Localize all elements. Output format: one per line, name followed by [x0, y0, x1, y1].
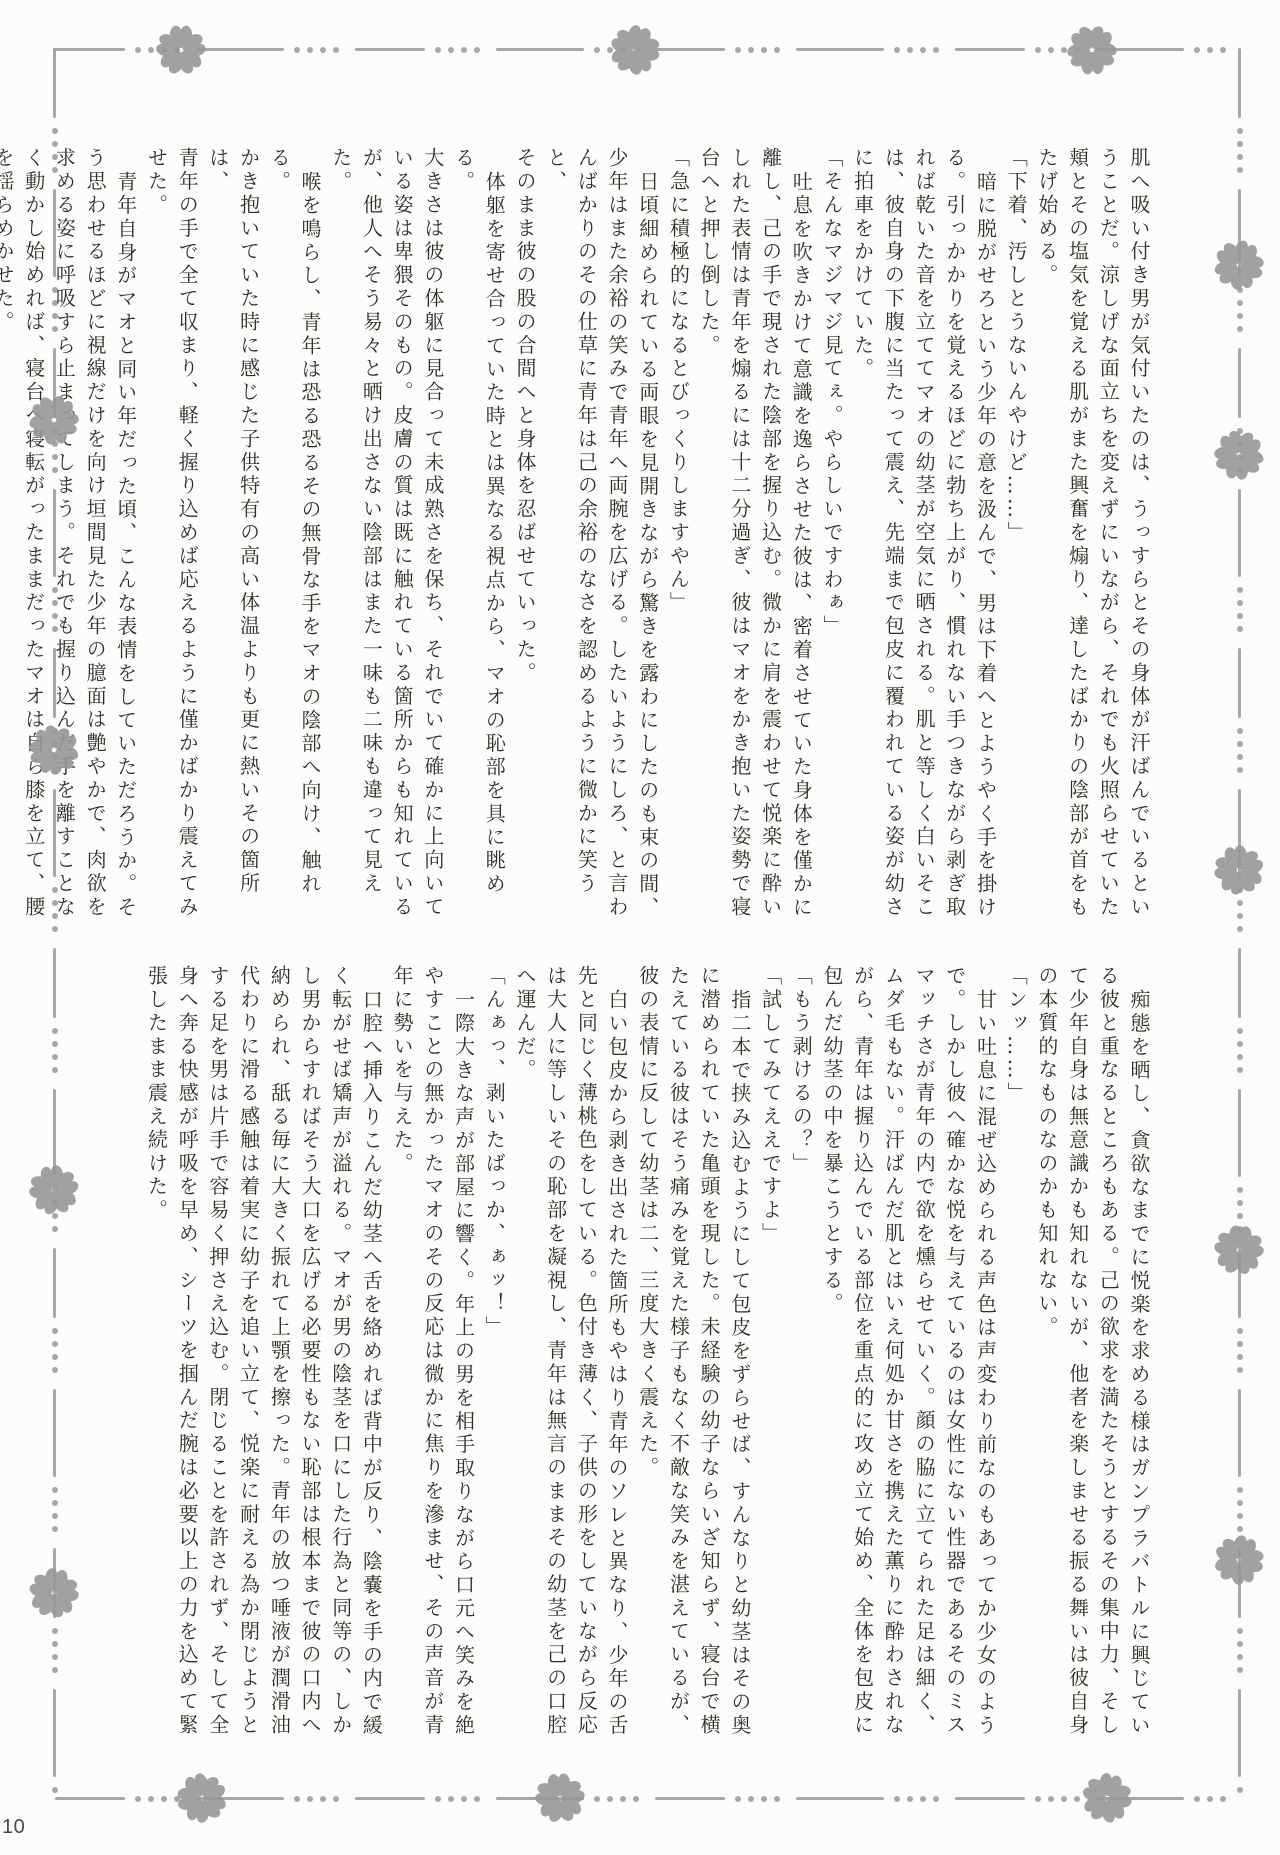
vertical-text-column: 頬とその塩気を覚える肌がまた興奮を煽り、達したばかりの陰部が首をも	[1062, 147, 1093, 939]
border-line-segment	[796, 48, 884, 51]
border-dot	[435, 1796, 441, 1802]
vertical-text-column: の本質的なものなのかも知れない。	[1031, 965, 1062, 1757]
vertical-text-column: る彼と重なるところもある。己の欲求を満たそうとするその集中力、そし	[1093, 965, 1124, 1757]
border-dot	[52, 1513, 58, 1519]
border-dot	[1237, 1667, 1243, 1673]
vertical-text-column: 口腔へ挿入りこんだ幼茎へ舌を絡めれば背中が反り、陰嚢を手の内で緩	[356, 965, 387, 1757]
border-dot	[1237, 167, 1243, 173]
vertical-text-column: で。しかし彼へ確かな悦を与えているのは女性にない性器であるそのミス	[939, 965, 970, 1757]
vertical-text-column: 痴態を晒し、貪欲なまでに悦楽を求める様はガンプラバトルに興じてい	[1123, 965, 1154, 1757]
vertical-text-column: 「急に積極的になるとびっくりしますやん」	[663, 147, 694, 939]
scanned-book-page: { "page": { "number": "10" }, "colors": …	[0, 0, 1280, 1855]
border-dot	[1237, 154, 1243, 160]
border-dot	[52, 1226, 58, 1232]
vertical-text-column: 年に勢いを与えた。	[386, 965, 417, 1757]
vertical-text-column: うことだ。涼しげな面立ちを変えずにいながら、それでも火照らせていた	[1093, 147, 1124, 939]
border-dot	[1220, 47, 1226, 53]
border-dot	[1237, 600, 1243, 606]
vertical-text-column: 喉を鳴らし、青年は恐る恐るその無骨な手をマオの陰部へ向け、触れる。	[264, 147, 325, 939]
border-dot	[294, 1796, 300, 1802]
border-line-segment	[1238, 1689, 1241, 1777]
border-dot	[52, 1067, 58, 1073]
border-dot	[1194, 1796, 1200, 1802]
border-dot	[1237, 900, 1243, 906]
border-dot	[907, 47, 913, 53]
border-line-segment	[1238, 1089, 1241, 1177]
border-dot	[1237, 141, 1243, 147]
five-petal-blossom-icon	[154, 23, 208, 77]
vertical-text-column: 先と同じく薄桃色をしている。色付き薄く、子供の形をしていながら反応	[571, 965, 602, 1757]
border-dot	[1237, 1367, 1243, 1373]
border-dot	[1237, 741, 1243, 747]
vertical-text-column: 日頃細められている両眼を見開きながら驚きを露わにしたのも束の間、	[632, 147, 663, 939]
border-dot	[333, 47, 339, 53]
border-line-segment	[1238, 648, 1241, 718]
five-petal-blossom-icon	[1212, 1223, 1266, 1277]
border-dot	[1237, 1526, 1243, 1532]
border-line-segment	[655, 48, 725, 51]
border-dot	[1237, 313, 1243, 319]
five-petal-blossom-icon	[175, 1771, 229, 1825]
vertical-text-column: 張したまま震え続けた。	[141, 965, 172, 1757]
vertical-text-column: 代わりに滑る感触は着実に幼子を追い立て、悦楽に耐える為か閉じようと	[233, 965, 264, 1757]
vertical-text-column: 「試してみてええですよ」	[755, 965, 786, 1757]
vertical-text-column: 「そんなマジマジ見てぇ。やらしいですわぁ」	[816, 147, 847, 939]
border-dot	[920, 47, 926, 53]
five-petal-blossom-icon	[1080, 1771, 1134, 1825]
border-dot	[320, 1796, 326, 1802]
five-petal-blossom-icon	[1065, 23, 1119, 77]
border-dot	[933, 47, 939, 53]
vertical-text-column: 離し、己の手で現された陰部を握り込む。微かに肩を震わせて悦楽に酔い	[755, 147, 786, 939]
vertical-text-column: 「んぁっ、剥いたばっか、ぁッ！」	[479, 965, 510, 1757]
vertical-text-column: せた。	[141, 147, 172, 939]
border-dot	[333, 1796, 339, 1802]
border-dot	[435, 47, 441, 53]
border-dot	[735, 1796, 741, 1802]
border-dot	[1237, 1500, 1243, 1506]
five-petal-blossom-icon	[1212, 238, 1266, 292]
vertical-text-column: 身へ奔る快感が呼吸を早め、シーツを掴んだ腕は必要以上の力を込めて緊	[172, 965, 203, 1757]
border-dot	[633, 1796, 639, 1802]
text-block-bottom: 痴態を晒し、貪欲なまでに悦楽を求める様はガンプラバトルに興じている彼と重なるとこ…	[136, 965, 1154, 1757]
border-dot	[1048, 47, 1054, 53]
border-dot	[1207, 1796, 1213, 1802]
vertical-text-column: う思わせるほどに視線だけを向け垣間見た少年の臆面は艶やかで、肉欲を	[79, 147, 110, 939]
border-dot	[161, 1796, 167, 1802]
border-dot	[1035, 1796, 1041, 1802]
border-line-segment	[796, 1797, 884, 1800]
vertical-text-column: しれた表情は青年を煽るには十二分過ぎ、彼はマオをかき抱いた姿勢で寝	[724, 147, 755, 939]
border-dot	[594, 47, 600, 53]
five-petal-blossom-icon	[27, 723, 81, 777]
vertical-text-column: く転がせば矯声が溢れる。マオが男の陰茎を口にした行為と同等の、しか	[325, 965, 356, 1757]
border-dot	[135, 47, 141, 53]
vertical-text-column: 肌へ吸い付き男が気付いたのは、うっすらとその身体が汗ばんでいるとい	[1123, 147, 1154, 939]
vertical-text-column: かき抱いていた時に感じた子供特有の高い体温よりも更に熱いその箇所は、	[202, 147, 263, 939]
border-dot	[1237, 926, 1243, 932]
border-dot	[52, 1367, 58, 1373]
border-dot	[148, 1796, 154, 1802]
border-dot	[1237, 1328, 1243, 1334]
border-dot	[761, 1796, 767, 1802]
border-dot	[1237, 1028, 1243, 1034]
vertical-text-column: く動かし始めれば、寝台へ寝転がったままだったマオは自ら膝を立て、腰	[18, 147, 49, 939]
vertical-text-column: する足を男は片手で容易く押さえ込む。閉じることを許されず、そして全	[202, 965, 233, 1757]
vertical-text-column: れば乾いた音を立ててマオの幼茎が空気に晒される。肌と等しく白いそこ	[908, 147, 939, 939]
vertical-text-column: 暗に脱がせろという少年の意を汲んで、男は下着へとようやく手を掛け	[970, 147, 1001, 939]
border-line-segment	[55, 1797, 125, 1800]
border-dot	[1237, 1341, 1243, 1347]
border-dot	[52, 1500, 58, 1506]
border-line-segment	[1238, 1389, 1241, 1477]
border-dot	[1237, 1787, 1243, 1793]
border-dot	[1237, 767, 1243, 773]
vertical-text-column: が、他人へそう易々と晒け出さない陰部はまた一味も二味も違って見えた。	[325, 147, 386, 939]
border-dot	[52, 1487, 58, 1493]
vertical-text-column: に潜められていた亀頭を現した。未経験の幼子ならいざ知らず、寝台で横	[693, 965, 724, 1757]
border-dot	[474, 1796, 480, 1802]
border-dot	[1237, 1513, 1243, 1519]
border-dot	[894, 1796, 900, 1802]
vertical-text-column: 指二本で挟み込むようにして包皮をずらせば、すんなりと幼茎はその奥	[724, 965, 755, 1757]
vertical-text-column: 体躯を寄せ合っていた時とは異なる視点から、マオの恥部を具に眺める。	[448, 147, 509, 939]
vertical-text-column: 吐息を吹きかけて意識を逸らさせた彼は、密着させていた身体を僅かに	[786, 147, 817, 939]
five-petal-blossom-icon	[1212, 1533, 1266, 1587]
border-line-segment	[1238, 48, 1241, 118]
border-line-segment	[1238, 489, 1241, 577]
border-dot	[52, 1667, 58, 1673]
border-dot	[474, 47, 480, 53]
page-number: 10	[2, 1816, 25, 1839]
vertical-text-column: 青年自身がマオと同い年だった頃、こんな表情をしていただろうか。そ	[110, 147, 141, 939]
border-dot	[320, 47, 326, 53]
border-line-segment	[355, 48, 425, 51]
border-dot	[620, 1796, 626, 1802]
border-line-segment	[496, 48, 584, 51]
border-dot	[1061, 1796, 1067, 1802]
border-line-segment	[355, 1797, 425, 1800]
vertical-text-column: そのまま彼の股の合間へと身体を忍ばせていった。	[509, 147, 540, 939]
vertical-text-column: を揺らめかせた。	[0, 147, 18, 939]
border-dot	[1237, 913, 1243, 919]
border-dot	[1237, 1654, 1243, 1660]
vertical-text-column: やすことの無かったマオのその反応は微かに焦りを滲ませ、その声音が青	[417, 965, 448, 1757]
border-dot	[933, 1796, 939, 1802]
border-dot	[461, 47, 467, 53]
vertical-text-column: る。引っかかりを覚えるほどに勃ち上がり、慣れない手つきながら剥ぎ取	[939, 147, 970, 939]
five-petal-blossom-icon	[27, 1163, 81, 1217]
border-line-segment	[196, 48, 284, 51]
border-dot	[1237, 326, 1243, 332]
vertical-text-column: ムダ毛もない。汗ばんだ肌とはいえ何処か甘さを携えた薫りに酔わされな	[878, 965, 909, 1757]
border-line-segment	[53, 1389, 56, 1477]
vertical-text-column: 求める姿に呼吸すら止まってしまう。それでも握り込んだ手を離すことな	[49, 147, 80, 939]
border-dot	[307, 1796, 313, 1802]
border-dot	[1237, 754, 1243, 760]
border-dot	[135, 1796, 141, 1802]
border-dot	[307, 47, 313, 53]
vertical-text-column: し男からすればそう大口を広げる必要性もない恥部は根本まで彼の口内へ	[294, 965, 325, 1757]
border-dot	[1035, 47, 1041, 53]
five-petal-blossom-icon	[533, 1771, 587, 1825]
border-dot	[1237, 1641, 1243, 1647]
border-dot	[1237, 1200, 1243, 1206]
border-dot	[1237, 728, 1243, 734]
vertical-text-column: 青年の手で全て収まり、軽く握り込めば応えるように僅かばかり震えてみ	[172, 147, 203, 939]
border-line-segment	[53, 948, 56, 1018]
border-line-segment	[53, 1248, 56, 1318]
five-petal-blossom-icon	[608, 23, 662, 77]
border-dot	[52, 1526, 58, 1532]
vertical-text-column: 白い包皮から剥き出された箇所もやはり青年のソレと異なり、少年の舌	[601, 965, 632, 1757]
vertical-text-column: いる姿は卑猥そのもの。皮膚の質は既に触れている箇所からも知れている	[386, 147, 417, 939]
vertical-text-column: んばかりのその仕草に青年は己の余裕のなさを認めるように微かに笑うと、	[540, 147, 601, 939]
five-petal-blossom-icon	[27, 1566, 81, 1620]
border-dot	[52, 1628, 58, 1634]
vertical-text-column: 彼の表情に反して幼茎は二、三度大きく震えた。	[632, 965, 663, 1757]
border-dot	[1220, 1796, 1226, 1802]
border-dot	[1237, 128, 1243, 134]
border-dot	[1048, 1796, 1054, 1802]
border-dot	[907, 1796, 913, 1802]
border-dot	[1237, 1487, 1243, 1493]
vertical-text-column: 納められ、舐る毎に大きく振れて上顎を擦った。青年の放つ唾液が潤滑油	[264, 965, 295, 1757]
border-dot	[774, 1796, 780, 1802]
border-dot	[52, 1787, 58, 1793]
vertical-text-column: がら、青年は握り込んでいる部位を重点的に攻め立て始め、全体を包皮に	[847, 965, 878, 1757]
border-dot	[52, 1054, 58, 1060]
border-line-segment	[1238, 948, 1241, 1018]
border-dot	[1237, 587, 1243, 593]
border-dot	[761, 47, 767, 53]
vertical-text-column: たげ始める。	[1031, 147, 1062, 939]
border-dot	[52, 1354, 58, 1360]
border-dot	[748, 1796, 754, 1802]
vertical-text-column: 台へと押し倒した。	[693, 147, 724, 939]
border-dot	[1237, 613, 1243, 619]
border-dot	[748, 47, 754, 53]
vertical-text-column: は、彼自身の下腹に当たって震え、先端まで包皮に覆われている姿が幼さ	[878, 147, 909, 939]
vertical-text-column: に拍車をかけていた。	[847, 147, 878, 939]
text-block-top: 肌へ吸い付き男が気付いたのは、うっすらとその身体が汗ばんでいるということだ。涼し…	[136, 147, 1154, 939]
border-dot	[1237, 626, 1243, 632]
five-petal-blossom-icon	[27, 393, 81, 447]
border-line-segment	[55, 48, 125, 51]
border-dot	[1237, 1628, 1243, 1634]
vertical-text-column: マッチさが青年の内で欲を燻らせていく。顔の脇に立てられた足は細く、	[908, 965, 939, 1757]
border-dot	[1237, 1041, 1243, 1047]
vertical-text-column: 「ンッ……」	[1000, 965, 1031, 1757]
border-dot	[1194, 47, 1200, 53]
border-dot	[52, 1328, 58, 1334]
border-line-segment	[53, 48, 56, 118]
border-dot	[52, 1028, 58, 1034]
border-dot	[448, 1796, 454, 1802]
border-dot	[594, 1796, 600, 1802]
border-dot	[294, 47, 300, 53]
border-dot	[774, 47, 780, 53]
border-dot	[1237, 1187, 1243, 1193]
border-line-segment	[655, 1797, 725, 1800]
border-dot	[52, 1041, 58, 1047]
border-line-segment	[53, 1689, 56, 1777]
border-line-segment	[955, 1797, 1025, 1800]
border-dot	[1237, 1067, 1243, 1073]
border-dot	[52, 1341, 58, 1347]
border-line-segment	[955, 48, 1025, 51]
border-dot	[52, 1654, 58, 1660]
border-dot	[52, 128, 58, 134]
vertical-text-column: 大きさは彼の体躯に見合って未成熟さを保ち、それでいて確かに上向いて	[417, 147, 448, 939]
vertical-text-column: たえている彼はそう痛みを覚えた様子もなく不敵な笑みを湛えているが、	[663, 965, 694, 1757]
vertical-text-column: は大人に等しいその恥部を凝視し、青年は無言のままその幼茎を己の口腔	[540, 965, 571, 1757]
five-petal-blossom-icon	[1212, 428, 1266, 482]
vertical-text-column: て少年自身は無意識かも知れないが、他者を楽しませる振る舞いは彼自身	[1062, 965, 1093, 1757]
border-dot	[448, 47, 454, 53]
decorative-border-bottom	[55, 1797, 1240, 1801]
border-line-segment	[1238, 348, 1241, 418]
vertical-text-column: 「もう剥けるの？」	[786, 965, 817, 1757]
border-dot	[894, 47, 900, 53]
border-dot	[52, 1641, 58, 1647]
border-dot	[1237, 300, 1243, 306]
border-dot	[607, 1796, 613, 1802]
border-dot	[1237, 1213, 1243, 1219]
vertical-text-column: 包んだ幼茎の中を暴こうとする。	[816, 965, 847, 1757]
vertical-text-column: 少年はまた余裕の笑みで青年へ両腕を広げる。したいようにしろ、と言わ	[601, 147, 632, 939]
vertical-text-column: 「下着、汚しとうないんやけど……」	[1000, 147, 1031, 939]
border-dot	[920, 1796, 926, 1802]
border-dot	[735, 47, 741, 53]
border-dot	[1207, 47, 1213, 53]
border-dot	[461, 1796, 467, 1802]
border-dot	[1237, 1054, 1243, 1060]
five-petal-blossom-icon	[1212, 843, 1266, 897]
vertical-text-column: 甘い吐息に混ぜ込められる声色は声変わり前なのもあってか少女のよう	[970, 965, 1001, 1757]
vertical-text-column: へ運んだ。	[509, 965, 540, 1757]
vertical-text-column: 一際大きな声が部屋に響く。年上の男を相手取りながら口元へ笑みを絶	[448, 965, 479, 1757]
border-dot	[1237, 1354, 1243, 1360]
